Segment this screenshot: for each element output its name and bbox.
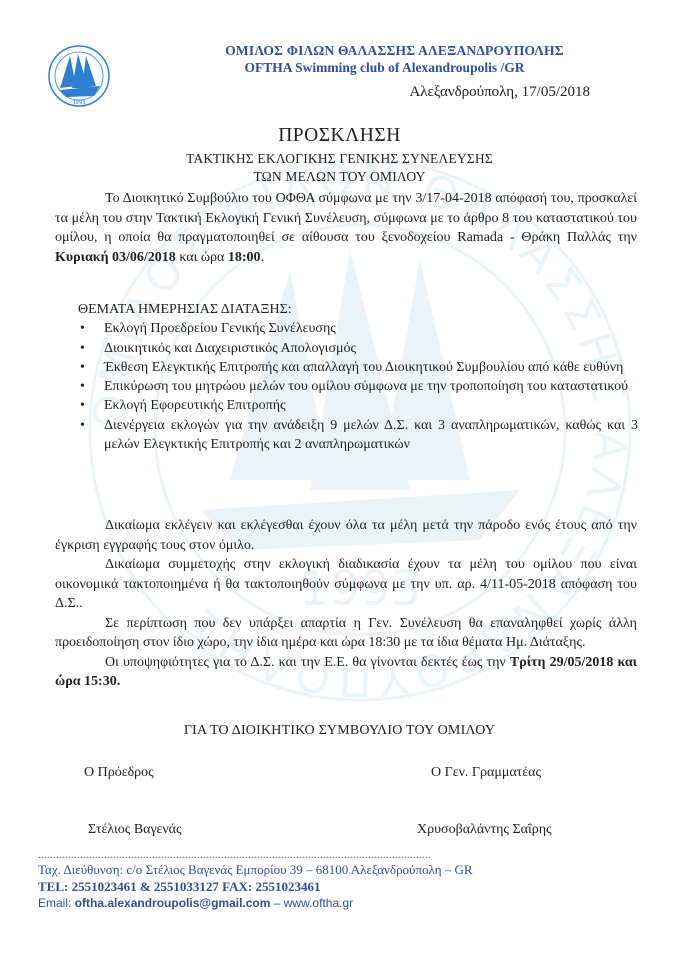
email-label: Email:	[38, 896, 75, 910]
email-link[interactable]: oftha.alexandroupolis@gmail.com	[75, 896, 271, 910]
candidacy-paragraph: Οι υποψηφιότητες για το Δ.Σ. και την Ε.Ε…	[55, 653, 637, 692]
postal-address: Ταχ. Διεύθυνση: c/o Στέλιος Βαγενάς Εμπο…	[38, 862, 508, 879]
organization-header: ΟΜΙΛΟΣ ΦΙΛΩΝ ΘΑΛΑΣΣΗΣ ΑΛΕΞΑΝΔΡΟΥΠΟΛΗΣ OF…	[0, 43, 679, 76]
quorum-paragraph: Σε περίπτωση που δεν υπάρξει απαρτία η Γ…	[55, 614, 637, 653]
participation-paragraph: Δικαίωμα συμμετοχής στην εκλογική διαδικ…	[55, 555, 637, 614]
secretary-title: Ο Γεν. Γραμματέας	[431, 765, 541, 781]
president-title: Ο Πρόεδρος	[84, 765, 154, 781]
org-name-greek: ΟΜΙΛΟΣ ΦΙΛΩΝ ΘΑΛΑΣΣΗΣ ΑΛΕΞΑΝΔΡΟΥΠΟΛΗΣ	[110, 43, 679, 59]
secretary-name: Χρυσοβαλάντης Σαΐρης	[417, 822, 552, 838]
agenda-item: Διενέργεια εκλογών για την ανάδειξη 9 με…	[104, 416, 638, 455]
right-to-vote-paragraph: Δικαίωμα εκλέγειν και εκλέγεσθαι έχουν ό…	[55, 516, 637, 555]
title-main: ΠΡΟΣΚΛΗΣΗ	[0, 125, 679, 147]
agenda-heading: ΘΕΜΑΤΑ ΗΜΕΡΗΣΙΑΣ ΔΙΑΤΑΞΗΣ:	[78, 300, 638, 319]
agenda-item: Έκθεση Ελεγκτικής Επιτροπής και απαλλαγή…	[104, 358, 638, 377]
agenda-item: Διοικητικός και Διαχειριστικός Απολογισμ…	[104, 339, 638, 358]
meeting-time: 18:00	[228, 250, 261, 265]
intro-text-end: .	[261, 250, 265, 265]
footer-separator: ........................................…	[38, 852, 508, 860]
intro-text-middle: και ώρα	[176, 250, 228, 265]
org-name-english: OFTHA Swimming club of Alexandroupolis /…	[90, 60, 679, 76]
agenda-item: Επικύρωση του μητρώου μελών του ομίλου σ…	[104, 377, 638, 396]
president-name: Στέλιος Βαγενάς	[88, 822, 182, 838]
intro-text: Το Διοικητικό Συμβούλιο του ΟΦΘΑ σύμφωνα…	[55, 191, 637, 245]
rules-section: Δικαίωμα εκλέγειν και εκλέγεσθαι έχουν ό…	[55, 516, 637, 692]
email-web-line: Email: oftha.alexandroupolis@gmail.com –…	[38, 895, 508, 912]
agenda-list: Εκλογή Προεδρείου Γενικής Συνέλευσης Διο…	[78, 319, 638, 454]
board-heading: ΓΙΑ ΤΟ ΔΙΟΙΚΗΤΙΚΟ ΣΥΜΒΟΥΛΙΟ ΤΟΥ ΟΜΙΛΟΥ	[0, 723, 679, 739]
separator-dash: –	[270, 896, 283, 910]
document-title: ΠΡΟΣΚΛΗΣΗ ΤΑΚΤΙΚΗΣ ΕΚΛΟΓΙΚΗΣ ΓΕΝΙΚΗΣ ΣΥΝ…	[0, 125, 679, 185]
title-line-2: ΤΑΚΤΙΚΗΣ ΕΚΛΟΓΙΚΗΣ ΓΕΝΙΚΗΣ ΣΥΝΕΛΕΥΣΗΣ	[0, 151, 679, 167]
svg-text:1993: 1993	[73, 100, 86, 106]
website-link[interactable]: www.oftha.gr	[284, 896, 353, 910]
agenda-item: Εκλογή Προεδρείου Γενικής Συνέλευσης	[104, 319, 638, 338]
title-line-3: ΤΩΝ ΜΕΛΩΝ ΤΟΥ ΟΜΙΛΟΥ	[0, 169, 679, 185]
agenda-section: ΘΕΜΑΤΑ ΗΜΕΡΗΣΙΑΣ ΔΙΑΤΑΞΗΣ: Εκλογή Προεδρ…	[78, 300, 638, 454]
contact-footer: ........................................…	[38, 852, 508, 912]
intro-paragraph: Το Διοικητικό Συμβούλιο του ΟΦΘΑ σύμφωνα…	[55, 189, 637, 267]
place-date: Αλεξανδρούπολη, 17/05/2018	[409, 84, 590, 101]
phone-fax: TEL: 2551023461 & 2551033127 FAX: 255102…	[38, 879, 508, 896]
candidacy-text: Οι υποψηφιότητες για το Δ.Σ. και την Ε.Ε…	[105, 655, 510, 670]
meeting-date: Κυριακή 03/06/2018	[55, 250, 176, 265]
agenda-item: Εκλογή Εφορευτικής Επιτροπής	[104, 396, 638, 415]
